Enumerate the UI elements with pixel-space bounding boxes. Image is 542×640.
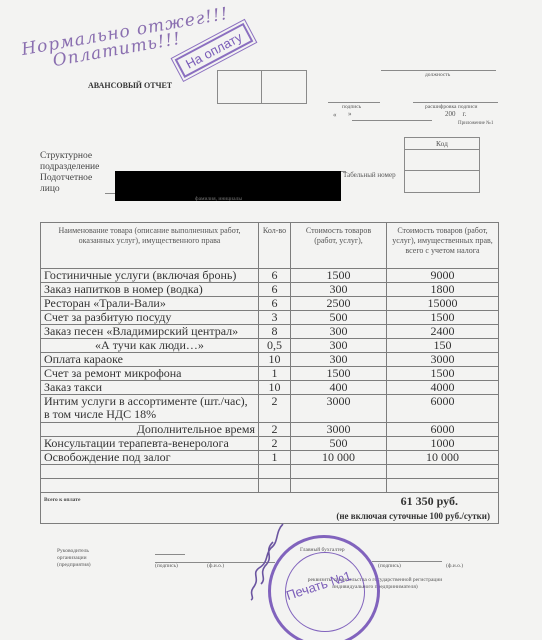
total-cell: 10 000 <box>387 451 499 465</box>
item-name-cell: Заказ такси <box>41 381 259 395</box>
redacted-caption: фамилия, инициалы <box>195 196 242 202</box>
item-name-cell: Оплата караоке <box>41 353 259 367</box>
total-note: (не включая суточные 100 руб./сутки) <box>336 510 490 523</box>
table-row: Счет за разбитую посуду35001500 <box>41 311 499 325</box>
header-price: Стоимость товаров (работ, услуг), <box>291 223 387 269</box>
director-name-hint: (ф.и.о.) <box>207 563 224 569</box>
position-line <box>381 70 496 71</box>
quantity-cell: 2 <box>259 423 291 437</box>
total-cell: 1800 <box>387 283 499 297</box>
signature-line <box>328 102 380 103</box>
quantity-cell: 1 <box>259 367 291 381</box>
price-cell: 300 <box>291 325 387 339</box>
page-title: АВАНСОВЫЙ ОТЧЕТ <box>88 81 172 90</box>
quantity-cell: 6 <box>259 283 291 297</box>
total-amount: 61 350 руб. <box>401 495 458 508</box>
table-row-empty <box>41 479 499 493</box>
header-quantity: Кол-во <box>259 223 291 269</box>
header-total: Стоимость товаров (работ, услуг), имущес… <box>387 223 499 269</box>
director-signature-line <box>155 554 185 555</box>
quantity-cell: 0,5 <box>259 339 291 353</box>
item-name-cell: Заказ песен «Владимирский централ» <box>41 325 259 339</box>
price-cell: 1500 <box>291 269 387 283</box>
date-quote-open: « <box>333 111 337 119</box>
code-box: Код <box>404 137 480 193</box>
accountable-person-label: Подотчетное лицо <box>40 173 100 195</box>
quantity-cell: 2 <box>259 395 291 423</box>
code-value-cell <box>405 150 479 171</box>
date-line <box>352 120 432 121</box>
price-cell: 3000 <box>291 395 387 423</box>
total-cell: 6000 <box>387 423 499 437</box>
item-name-cell: Дополнительное время <box>41 423 259 437</box>
total-cell: 15000 <box>387 297 499 311</box>
director-signature-hint: (подпись) <box>155 563 178 569</box>
item-name-cell: Счет за ремонт микрофона <box>41 367 259 381</box>
director-label: Руководитель организации (предприятия) <box>57 548 117 569</box>
department-label: Структурное подразделение <box>40 151 100 173</box>
position-caption: должность <box>425 72 450 78</box>
quantity-cell: 8 <box>259 325 291 339</box>
price-cell: 500 <box>291 437 387 451</box>
quantity-cell: 10 <box>259 353 291 367</box>
handwritten-signature <box>245 522 295 602</box>
header-item-name: Наименование товара (описание выполненны… <box>41 223 259 269</box>
item-name-cell: Консультации терапевта-венеролога <box>41 437 259 451</box>
total-cell: 1000 <box>387 437 499 451</box>
code-label: Код <box>405 138 479 150</box>
table-row: Оплата караоке103003000 <box>41 353 499 367</box>
price-cell: 500 <box>291 311 387 325</box>
price-cell: 300 <box>291 353 387 367</box>
table-row: Заказ напитков в номер (водка)63001800 <box>41 283 499 297</box>
total-label: Всего к оплате <box>44 494 80 507</box>
table-row: Заказ песен «Владимирский централ»830024… <box>41 325 499 339</box>
person-line <box>105 193 115 194</box>
price-cell: 10 000 <box>291 451 387 465</box>
price-cell: 3000 <box>291 423 387 437</box>
accountant-name-hint: (ф.и.о.) <box>446 563 463 569</box>
total-cell: 4000 <box>387 381 499 395</box>
item-name-cell: Интим услуги в ассортименте (шт./час), в… <box>41 395 259 423</box>
price-cell: 400 <box>291 381 387 395</box>
price-cell: 2500 <box>291 297 387 311</box>
total-cell: 150 <box>387 339 499 353</box>
tab-number-label: Табельный номер <box>343 171 396 179</box>
appendix-label: Приложение №1 <box>458 121 493 126</box>
total-cell: 6000 <box>387 395 499 423</box>
total-cell: 1500 <box>387 311 499 325</box>
table-row: «А тучи как люди…»0,5300150 <box>41 339 499 353</box>
table-header-row: Наименование товара (описание выполненны… <box>41 223 499 269</box>
table-row-empty <box>41 465 499 479</box>
table-row: Ресторан «Трали-Вали»6250015000 <box>41 297 499 311</box>
table-row: Освобождение под залог110 00010 000 <box>41 451 499 465</box>
item-name-cell: Заказ напитков в номер (водка) <box>41 283 259 297</box>
item-name-cell: «А тучи как люди…» <box>41 339 259 353</box>
table-row: Счет за ремонт микрофона115001500 <box>41 367 499 381</box>
item-name-cell: Освобождение под залог <box>41 451 259 465</box>
quantity-cell: 6 <box>259 297 291 311</box>
quantity-cell: 3 <box>259 311 291 325</box>
table-row: Интим услуги в ассортименте (шт./час), в… <box>41 395 499 423</box>
year-text: 200 г. <box>445 110 466 118</box>
header-box-left <box>217 70 262 104</box>
quantity-cell: 2 <box>259 437 291 451</box>
total-row: Всего к оплате 61 350 руб. (не включая с… <box>41 493 499 524</box>
price-cell: 300 <box>291 283 387 297</box>
quantity-cell: 10 <box>259 381 291 395</box>
total-cell: 1500 <box>387 367 499 381</box>
accountant-signature-line <box>372 561 442 562</box>
tab-number-cell <box>405 171 479 192</box>
date-quote-close: » <box>348 110 352 118</box>
price-cell: 1500 <box>291 367 387 381</box>
total-cell: 3000 <box>387 353 499 367</box>
table-row: Гостиничные услуги (включая бронь)615009… <box>41 269 499 283</box>
item-name-cell: Счет за разбитую посуду <box>41 311 259 325</box>
total-cell: 9000 <box>387 269 499 283</box>
accountant-signature-hint: (подпись) <box>378 563 401 569</box>
total-cell: 2400 <box>387 325 499 339</box>
price-cell: 300 <box>291 339 387 353</box>
table-row: Консультации терапевта-венеролога2500100… <box>41 437 499 451</box>
table-row: Заказ такси104004000 <box>41 381 499 395</box>
item-name-cell: Ресторан «Трали-Вали» <box>41 297 259 311</box>
quantity-cell: 1 <box>259 451 291 465</box>
signature-decode-line <box>413 102 498 103</box>
item-name-cell: Гостиничные услуги (включая бронь) <box>41 269 259 283</box>
header-box-right <box>261 70 307 104</box>
table-row: Дополнительное время230006000 <box>41 423 499 437</box>
quantity-cell: 6 <box>259 269 291 283</box>
expense-table: Наименование товара (описание выполненны… <box>40 222 499 524</box>
